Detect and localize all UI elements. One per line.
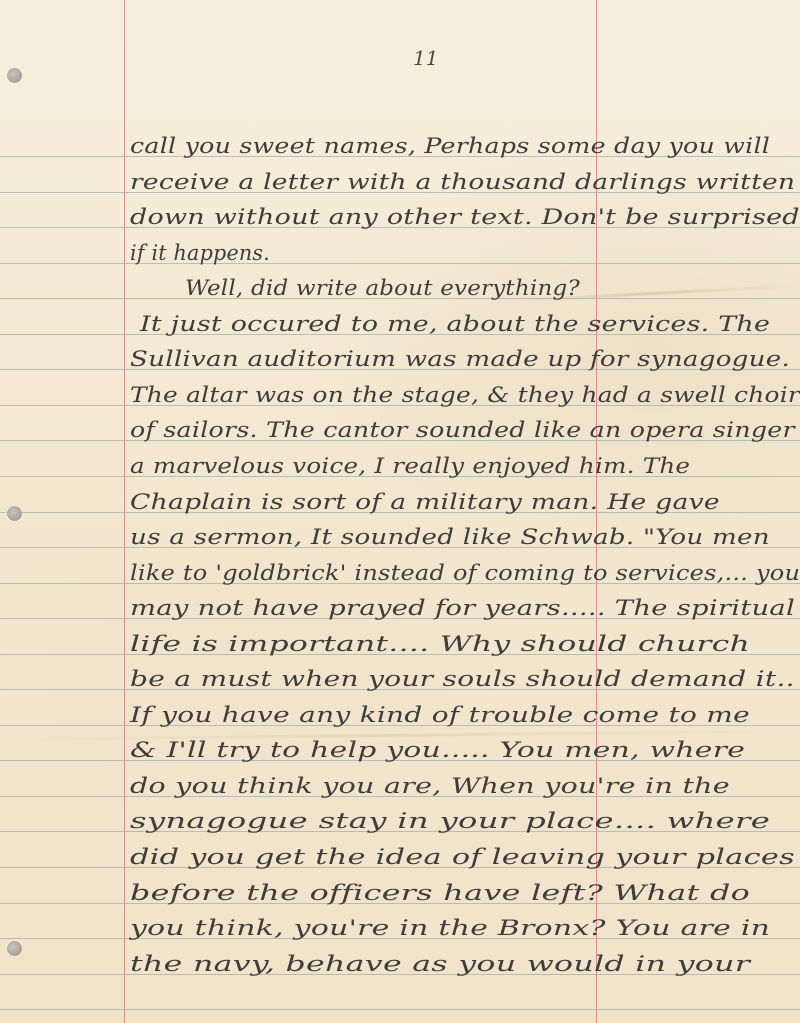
- handwritten-line: be a must when your souls should demand …: [130, 667, 795, 691]
- handwritten-line: & I'll try to help you..... You men, whe…: [130, 738, 745, 762]
- handwritten-line: like to 'goldbrick' instead of coming to…: [130, 561, 800, 585]
- handwritten-line: Well, did write about everything?: [185, 276, 580, 300]
- rule-line: [0, 1009, 800, 1010]
- handwritten-line: If you have any kind of trouble come to …: [130, 703, 750, 727]
- handwritten-line: if it happens.: [130, 241, 270, 265]
- punch-hole-bottom: [7, 941, 22, 956]
- handwritten-line: down without any other text. Don't be su…: [130, 205, 800, 229]
- handwritten-line: you think, you're in the Bronx? You are …: [130, 916, 770, 940]
- handwritten-line: of sailors. The cantor sounded like an o…: [130, 418, 795, 442]
- handwritten-line: the navy, behave as you would in your: [130, 952, 750, 976]
- handwritten-line: before the officers have left? What do: [130, 881, 750, 905]
- handwritten-line: do you think you are, When you're in the: [130, 774, 730, 798]
- left-margin-line: [124, 0, 125, 1023]
- handwritten-line: call you sweet names, Perhaps some day y…: [130, 134, 770, 158]
- rule-line: [0, 263, 800, 264]
- punch-hole-top: [7, 68, 22, 83]
- handwritten-line: The altar was on the stage, & they had a…: [130, 383, 800, 407]
- handwritten-line: It just occured to me, about the service…: [140, 312, 770, 336]
- handwritten-line: receive a letter with a thousand darling…: [130, 170, 795, 194]
- handwritten-line: us a sermon, It sounded like Schwab. "Yo…: [130, 525, 770, 549]
- punch-hole-middle: [7, 506, 22, 521]
- letter-page: 11 call you sweet names, Perhaps some da…: [0, 0, 800, 1023]
- handwritten-line: may not have prayed for years..... The s…: [130, 596, 795, 620]
- handwritten-line: Sullivan auditorium was made up for syna…: [130, 347, 790, 371]
- handwritten-line: a marvelous voice, I really enjoyed him.…: [130, 454, 690, 478]
- handwritten-line: did you get the idea of leaving your pla…: [130, 845, 795, 869]
- page-number: 11: [413, 46, 438, 70]
- handwritten-line: life is important.... Why should church: [130, 632, 750, 656]
- handwritten-line: Chaplain is sort of a military man. He g…: [130, 490, 720, 514]
- handwritten-line: synagogue stay in your place.... where: [130, 809, 770, 833]
